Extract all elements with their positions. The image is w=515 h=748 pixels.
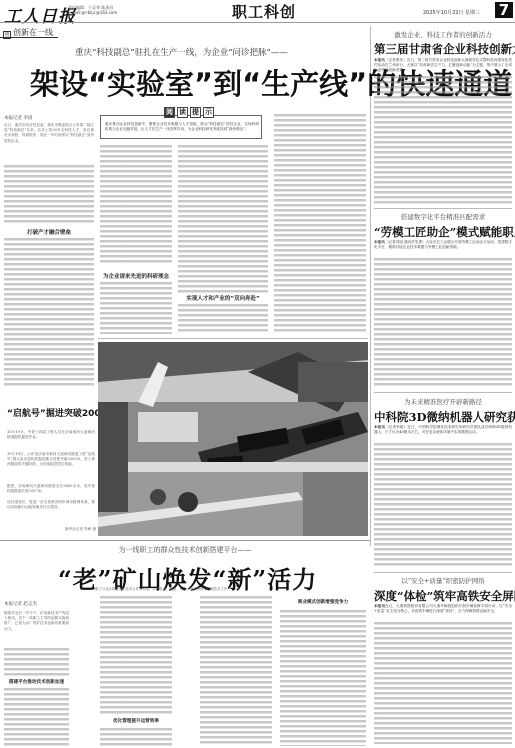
- right-story-1-headline: 第三届甘肃省企业科技创新大赛落幕: [374, 41, 512, 57]
- photo-image: [98, 342, 368, 536]
- right-story-2-lede: 本报讯（记者刘旭 通讯员朱勇）大连市总工会联合开展劳模工匠助企行活动，搭建数字化…: [374, 240, 512, 256]
- right-story-4-lede: 本报讯近日，大秦铁路股份有限公司大秦车辆段组织开展车辆检修专项行动，以“安全+质…: [374, 604, 512, 620]
- lead-body-col2b: [100, 282, 172, 334]
- right-story-2-body: [374, 258, 512, 388]
- bottom-body-col2b: [100, 728, 172, 746]
- right-story-1-kicker: 激发企业、科技工作者的创新活力: [374, 30, 512, 39]
- bottom-intro: 随着作业长一声令下，矿用新技术产线投入使用。这个一线职工主导的创新实施和推广，已…: [4, 611, 69, 647]
- right-story-3-headline: 中科院3D微纳机器人研究获进展: [374, 409, 512, 425]
- lead-subhead-3: 实现人才和产业的“双向奔赴”: [178, 294, 268, 302]
- right-story-4-body: [374, 622, 512, 744]
- column-tag-label: 创新在一线: [13, 28, 53, 37]
- bottom-byline: 本报记者 赵志杰: [4, 601, 37, 607]
- read-tag-char: 提: [190, 107, 201, 118]
- bottom-body-col1: [4, 648, 69, 676]
- right-story-4-kicker: 以“安全+质量”织密防护网络: [374, 576, 512, 585]
- bottom-subhead-1: 搭建平台推动技术创新加速: [4, 679, 69, 685]
- right-story-3-kicker: 为未来精准医疗开辟新路径: [374, 397, 512, 406]
- photo-story-p1: 10月19日，中铁十四局工程人员在济南黄河大道黄河隧道掘机掘进作业。: [7, 430, 95, 452]
- story-divider: [98, 338, 368, 339]
- lead-kicker: 重庆“科技副总”驻扎在生产一线，为企业“问诊把脉”——: [75, 46, 288, 58]
- email-line: E-mail:grrbkjc@163.com: [68, 10, 117, 15]
- photo-story-p2: 10月19日，山东省济南市黄河大道黄河隧道工程“启航号”超大直径盾构机掘进累计进…: [7, 452, 95, 484]
- lead-subhead-2: 为企业请来先进的科研理念: [100, 272, 172, 280]
- read-tag-char: 读: [177, 107, 188, 118]
- column-divider: [370, 26, 371, 546]
- bottom-body-col4: [280, 610, 366, 746]
- read-tips-tag: 阅 读 提 示: [164, 107, 214, 118]
- tunnel-boring-photo: [98, 342, 368, 536]
- lede-tag: 本报讯: [374, 58, 385, 62]
- right-story-1-body: [374, 76, 512, 204]
- lead-body-col1: [4, 165, 94, 225]
- lead-body-col2: [100, 145, 172, 265]
- right-story-2-text: （记者刘旭 通讯员朱勇）大连市总工会联合开展劳模工匠助企行活动，搭建数字化平台，…: [374, 240, 512, 249]
- lead-body-col1b: [4, 238, 94, 386]
- read-tips-text: 重庆推动企业科技创新中，聚焦企业技术难题与人才短板，推动“科技副总”进驻企业，实…: [105, 122, 259, 138]
- right-story-3-text: （记者李娟）近日，中国科学院理化技术研究所研究员团队成功研制3D微纳机器人，尺寸…: [374, 425, 512, 434]
- right-story-4-text: 近日，大秦铁路股份有限公司大秦车辆段组织开展车辆检修专项行动，以“安全+质量”双…: [374, 604, 512, 613]
- section-title: 职工科创: [232, 1, 296, 22]
- right-divider: [374, 572, 512, 573]
- issue-date: 2025年10月22日 星期三: [423, 9, 480, 16]
- lede-tag: 本报讯: [374, 604, 385, 608]
- right-divider: [374, 208, 512, 209]
- lead-intro: 近日，重庆市经济信息委、重庆市教委联合公布第二批区县“科技副总”名单。名单上的3…: [4, 123, 94, 163]
- bottom-photo-caption: 职工与北京科技大学技术合作实验室，对产技术、设备、安全、保卫等科室开展技术工作: [95, 587, 295, 593]
- lead-byline: 本报记者 李国: [4, 115, 32, 121]
- page-number: 7: [495, 2, 513, 18]
- read-tag-char: 阅: [164, 107, 175, 118]
- bottom-kicker: 为一线职工的群众性技术创新搭建平台——: [100, 545, 270, 555]
- read-tag-char: 示: [203, 107, 214, 118]
- photo-credit: 新华社记者 朱峥 摄: [44, 527, 96, 533]
- photo-story-p3: 据悉，济南黄河大道黄河隧道全长3800余米，其中盾构段隧道长度3257米。: [7, 484, 95, 500]
- bottom-subhead-2: 优化管理提升运营效率: [100, 718, 172, 724]
- lede-tag: 本报讯: [374, 425, 385, 429]
- lead-body-col4: [274, 114, 366, 334]
- photo-story-p4: 项目建成后，将进一步完善黄河两岸城市路网体系，推动济南新旧动能转换先行区建设。: [7, 500, 95, 522]
- lead-body-col3: [178, 145, 268, 295]
- lead-body-col3b: [178, 304, 268, 334]
- bottom-body-col1b: [4, 688, 69, 746]
- editor-info: 责任编辑：于灵华 陈禹昌 E-mail:grrbkjc@163.com: [68, 5, 117, 15]
- column-tag-rule: [0, 37, 58, 38]
- right-story-1-text: （记者康劲）近日，第三届甘肃省企业科技创新大赛颁奖仪式暨科技成果转化签约活动在兰…: [374, 58, 512, 72]
- right-story-1-lede: 本报讯（记者康劲）近日，第三届甘肃省企业科技创新大赛颁奖仪式暨科技成果转化签约活…: [374, 58, 512, 74]
- bottom-story-rule: [0, 540, 370, 541]
- right-story-4-headline: 深度“体检”筑牢高铁安全屏障: [374, 588, 512, 604]
- right-story-3-body: [374, 443, 512, 567]
- bottom-body-col3: [200, 596, 272, 746]
- newspaper-logo: 工人日报: [4, 2, 76, 27]
- right-story-3-lede: 本报讯（记者李娟）近日，中国科学院理化技术研究所研究员团队成功研制3D微纳机器人…: [374, 425, 512, 441]
- right-story-2-headline: “劳模工匠助企”模式赋能职工创新: [374, 224, 512, 240]
- bottom-body-col2: [100, 596, 172, 714]
- lede-tag: 本报讯: [374, 240, 385, 244]
- read-tips-box: 阅 读 提 示 重庆推动企业科技创新中，聚焦企业技术难题与人才短板，推动“科技副…: [100, 115, 262, 139]
- photo-story-box: “启航号”掘进突破2000米 10月19日，中铁十四局工程人员在济南黄河大道黄河…: [4, 390, 97, 538]
- right-divider: [374, 392, 512, 393]
- lead-subhead-1: 打破产才融合壁垒: [4, 228, 94, 236]
- bottom-subhead-3: 商业模式创新增强竞争力: [280, 599, 366, 605]
- masthead-rule: [0, 22, 515, 23]
- right-story-2-kicker: 搭建数字化平台精准匹配需求: [374, 212, 512, 221]
